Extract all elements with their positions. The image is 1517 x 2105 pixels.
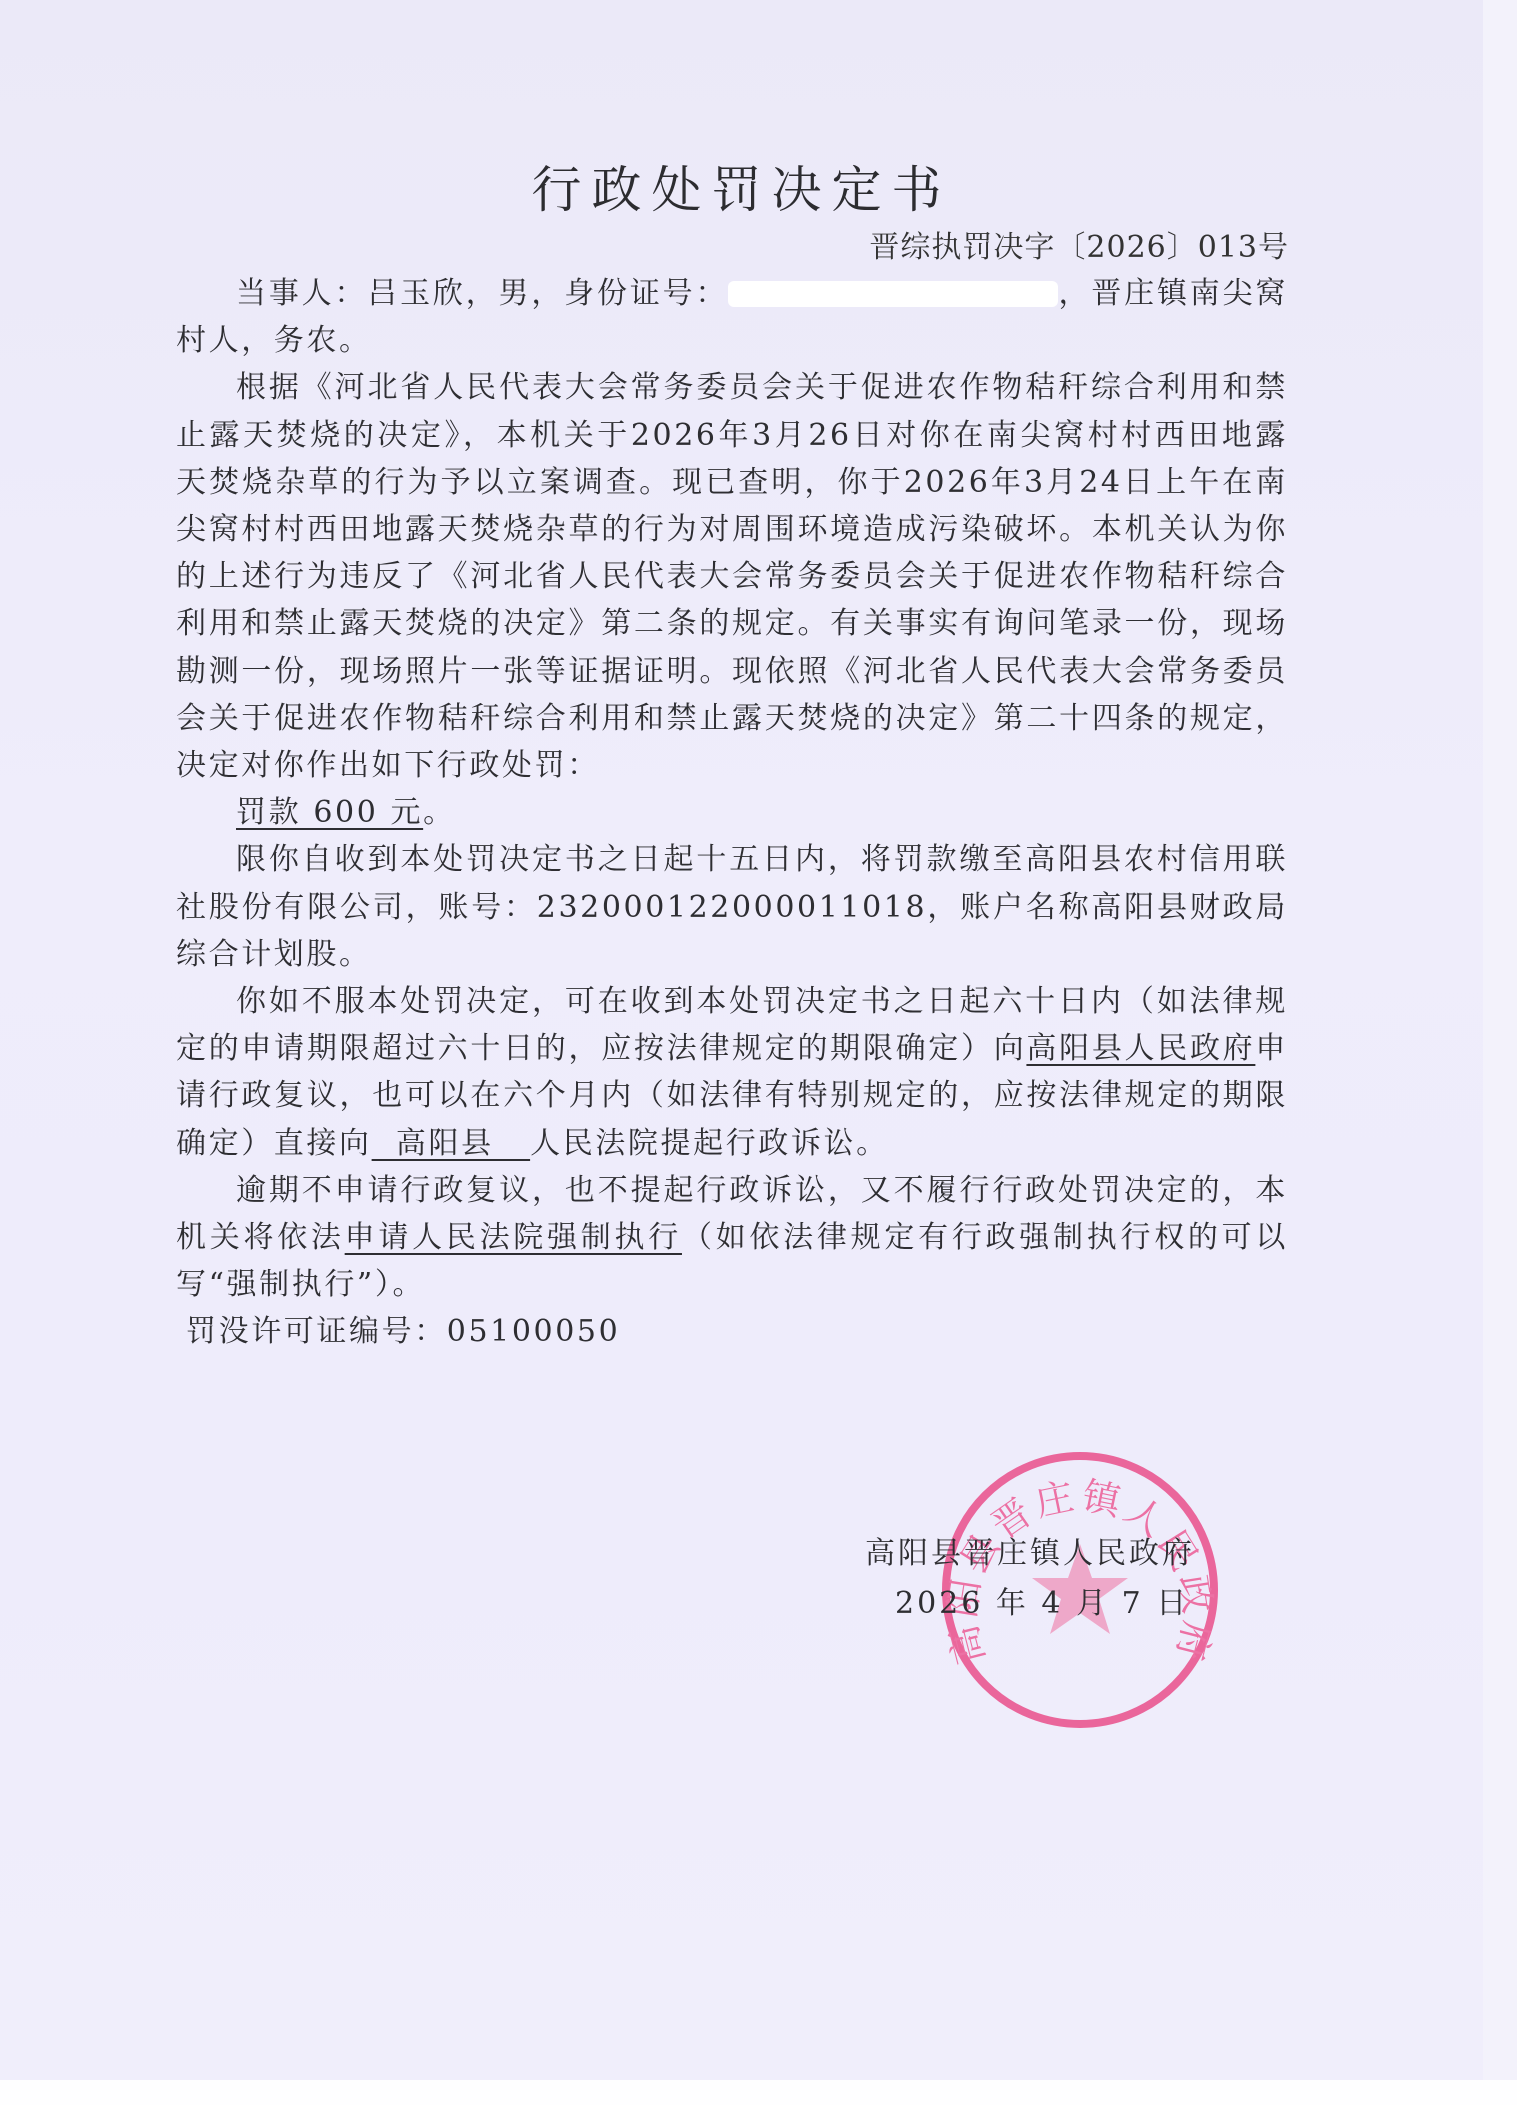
document-number: 晋综执罚决字〔2026〕013号: [869, 222, 1289, 266]
scanner-bottom-edge: [0, 2080, 1517, 2105]
penalty-paragraph: 罚款 600 元。: [176, 789, 1288, 836]
issue-date: 2026 年 4 月 7 日: [895, 1578, 1189, 1622]
party-info: 当事人：吕玉欣，男，身份证号：，晋庄镇南尖窝村人，务农。: [176, 270, 1288, 364]
redacted-id-number: [728, 281, 1058, 307]
court-name: 高阳县: [372, 1126, 530, 1161]
penalty-end: 。: [423, 795, 456, 830]
document-body: 当事人：吕玉欣，男，身份证号：，晋庄镇南尖窝村人，务农。 根据《河北省人民代表大…: [176, 270, 1288, 1356]
facts-paragraph: 根据《河北省人民代表大会常务委员会关于促进农作物秸秆综合利用和禁止露天焚烧的决定…: [176, 364, 1288, 789]
party-prefix: 当事人：吕玉欣，男，身份证号：: [236, 276, 728, 311]
enforcement-action: 申请人民法院强制执行: [345, 1220, 682, 1255]
appeal-paragraph: 你如不服本处罚决定，可在收到本处罚决定书之日起六十日内（如法律规定的申请期限超过…: [176, 978, 1288, 1167]
payment-paragraph: 限你自收到本处罚决定书之日起十五日内，将罚款缴至高阳县农村信用联社股份有限公司，…: [176, 836, 1288, 978]
enforcement-paragraph: 逾期不申请行政复议，也不提起行政诉讼，又不履行行政处罚决定的，本机关将依法申请人…: [176, 1167, 1288, 1309]
appeal-text-3: 人民法院提起行政诉讼。: [530, 1126, 889, 1161]
issuing-authority: 高阳县晋庄镇人民政府: [865, 1528, 1195, 1572]
document-title: 行政处罚决定书: [0, 150, 1483, 222]
review-body: 高阳县人民政府: [1026, 1031, 1255, 1066]
license-number: 罚没许可证编号：05100050: [176, 1308, 1288, 1355]
scanner-edge: [1483, 0, 1517, 2080]
penalty-amount: 罚款 600 元: [236, 795, 423, 830]
